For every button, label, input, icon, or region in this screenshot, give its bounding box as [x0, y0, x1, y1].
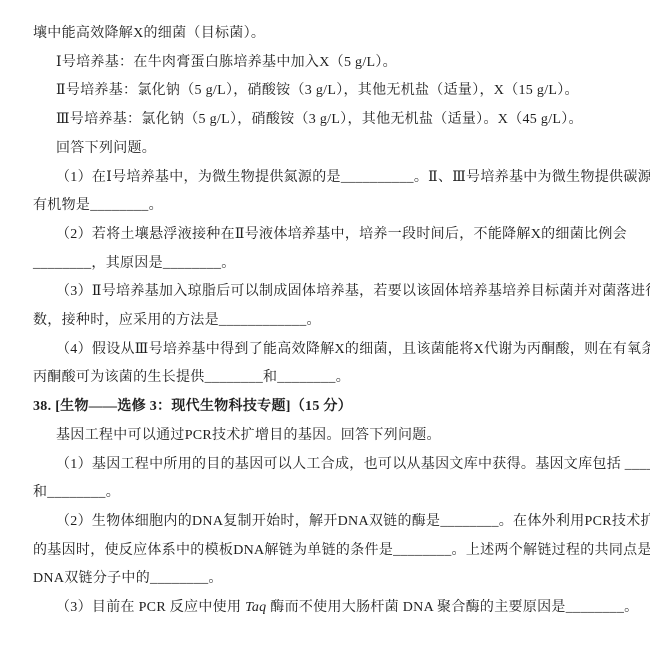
q37-sub1-line1: （1）在Ⅰ号培养基中，为微生物提供氮源的是__________。Ⅱ、Ⅲ号培养基中… [33, 164, 644, 193]
q37-sub2-line2: ________，其原因是________。 [33, 250, 644, 279]
q38-sub1-line2: 和________。 [33, 479, 644, 508]
q38-stem: 基因工程中可以通过PCR技术扩增目的基因。回答下列问题。 [33, 422, 644, 451]
taq-enzyme-name: Taq [245, 600, 266, 615]
q38-sub2-line2: 的基因时，使反应体系中的模板DNA解链为单链的条件是________。上述两个解… [33, 537, 644, 566]
q38-heading: 38. [生物——选修 3：现代生物科技专题]（15 分） [33, 393, 644, 422]
culture-medium-2: Ⅱ号培养基：氯化钠（5 g/L），硝酸铵（3 g/L），其他无机盐（适量），X（… [33, 77, 644, 106]
q38-sub2-line3: DNA双链分子中的________。 [33, 565, 644, 594]
q38-sub3-line: （3）目前在 PCR 反应中使用 Taq 酶而不使用大肠杆菌 DNA 聚合酶的主… [33, 594, 644, 623]
q37-sub4-line1: （4）假设从Ⅲ号培养基中得到了能高效降解X的细菌，且该菌能将X代谢为丙酮酸，则在… [33, 336, 644, 365]
q37-sub2-line1: （2）若将土壤悬浮液接种在Ⅱ号液体培养基中，培养一段时间后，不能降解X的细菌比例… [33, 221, 644, 250]
q38-sub1-line1: （1）基因工程中所用的目的基因可以人工合成，也可以从基因文库中获得。基因文库包括… [33, 451, 644, 480]
culture-medium-3: Ⅲ号培养基：氯化钠（5 g/L），硝酸铵（3 g/L），其他无机盐（适量）。X（… [33, 106, 644, 135]
q37-sub3-line2: 数，接种时，应采用的方法是____________。 [33, 307, 644, 336]
exam-document-page: 壤中能高效降解X的细菌（目标菌）。 Ⅰ号培养基：在牛肉膏蛋白胨培养基中加入X（5… [0, 0, 650, 659]
q38-sub3-post: 酶而不使用大肠杆菌 DNA 聚合酶的主要原因是________。 [266, 600, 638, 615]
q37-sub3-line1: （3）Ⅱ号培养基加入琼脂后可以制成固体培养基，若要以该固体培养基培养目标菌并对菌… [33, 278, 644, 307]
q37-sub4-line2: 丙酮酸可为该菌的生长提供________和________。 [33, 364, 644, 393]
q38-sub2-line1: （2）生物体细胞内的DNA复制开始时，解开DNA双链的酶是________。在体… [33, 508, 644, 537]
q37-stem-continuation: 壤中能高效降解X的细菌（目标菌）。 [33, 20, 644, 49]
answer-prompt: 回答下列问题。 [33, 135, 644, 164]
culture-medium-1: Ⅰ号培养基：在牛肉膏蛋白胨培养基中加入X（5 g/L）。 [33, 49, 644, 78]
q37-sub1-line2: 有机物是________。 [33, 192, 644, 221]
q38-sub3-pre: （3）目前在 PCR 反应中使用 [56, 600, 245, 615]
